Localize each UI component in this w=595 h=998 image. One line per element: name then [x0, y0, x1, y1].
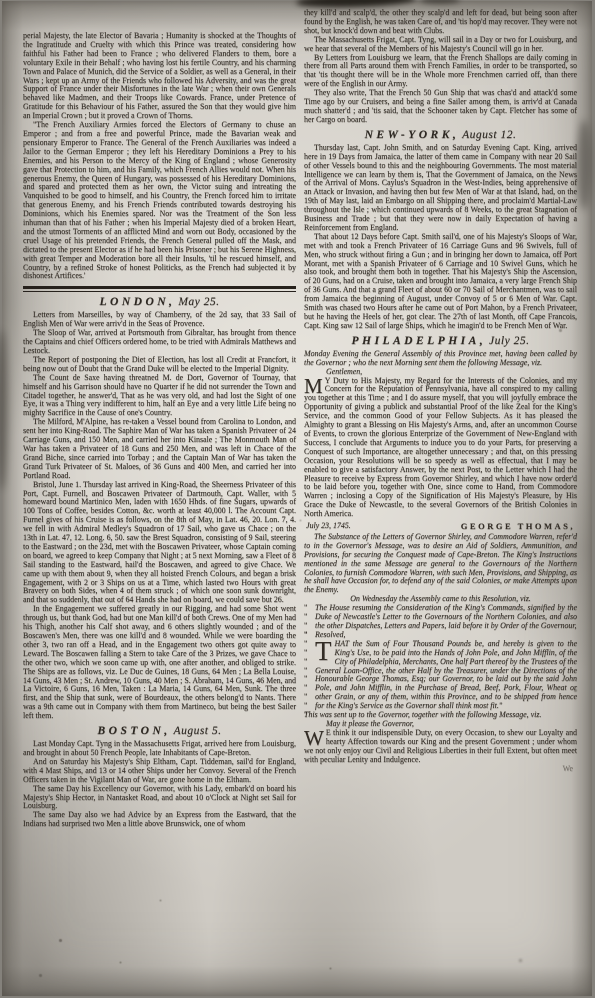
body-paragraph: The Report of postponing the Diet of Ele… — [23, 356, 296, 374]
body-paragraph: The Count de Saxe having threatned M. de… — [23, 374, 296, 419]
resolution-text: THAT the Sum of Four Thousand Pounds be,… — [304, 640, 577, 711]
section-heading-london: LONDON, May 25. — [23, 296, 296, 309]
body-paragraph: Thursday last, Capt. John Smith, and on … — [304, 144, 577, 233]
section-date: May 25. — [178, 296, 219, 308]
governor-signature: GEORGE THOMAS, — [461, 522, 575, 531]
section-city: NEW-YORK, — [365, 129, 460, 141]
body-paragraph: And on Saturday his Majesty's Ship Eltha… — [23, 758, 296, 785]
right-column: they kill'd and scalp'd, the other they … — [304, 9, 577, 773]
body-paragraph: Bristol, June 1. Thursday last arrived i… — [23, 481, 296, 606]
body-paragraph: Last Monday Capt. Tyng in the Massachuse… — [23, 740, 296, 758]
catchword: We — [304, 765, 577, 774]
body-paragraph: The Milford, M'Alpine, has re-taken a Ve… — [23, 418, 296, 480]
section-heading-boston: BOSTON, August 5. — [23, 725, 296, 738]
section-divider-rule — [23, 286, 296, 292]
assembly-intro: Monday Evening the General Assembly of t… — [304, 350, 577, 368]
body-paragraph: By Letters from Louisburg we learn, that… — [304, 54, 577, 90]
section-heading-newyork: NEW-YORK, August 12. — [304, 129, 577, 142]
house-resuming-paragraph: The House resuming the Consideration of … — [304, 604, 577, 631]
body-paragraph: They also write, That the French 50 Gun … — [304, 89, 577, 125]
assembly-reply: WE think it our indispensible Duty, on e… — [304, 729, 577, 765]
section-date: August 5. — [174, 725, 222, 737]
section-date: July 25. — [489, 335, 529, 347]
section-city: PHILADELPHIA, — [352, 335, 487, 347]
body-paragraph: The Massachusetts Frigat, Capt. Tyng, wi… — [304, 36, 577, 54]
body-paragraph: perial Majesty, the late Elector of Bava… — [23, 32, 296, 121]
section-city: BOSTON, — [97, 725, 170, 737]
body-paragraph: That about 12 Days before Capt. Smith sa… — [304, 233, 577, 331]
body-paragraph: "The French Auxiliary Armies forced the … — [23, 121, 296, 281]
body-paragraph: The Sloop of War, arrived at Portsmouth … — [23, 329, 296, 356]
governor-message: MY Duty to His Majesty, my Regard for th… — [304, 377, 577, 520]
ink-smudge — [577, 120, 591, 210]
body-paragraph: The same Day his Excellency our Governor… — [23, 785, 296, 812]
section-date: August 12. — [462, 129, 516, 141]
body-paragraph: In the Engagement we suffered greatly in… — [23, 605, 296, 721]
paper-specks — [0, 0, 1, 1]
substance-paragraph: The Substance of the Letters of Governor… — [304, 533, 577, 595]
body-paragraph: they kill'd and scalp'd, the other they … — [304, 9, 577, 36]
left-column: perial Majesty, the late Elector of Bava… — [23, 32, 296, 829]
body-paragraph: The same Day also we had Advice by an Ex… — [23, 811, 296, 829]
section-heading-philadelphia: PHILADELPHIA, July 25. — [304, 335, 577, 348]
signature-row: July 23, 1745. GEORGE THOMAS, — [306, 522, 575, 531]
section-city: LONDON, — [100, 296, 176, 308]
body-paragraph: Letters from Marseilles, by way of Chamb… — [23, 311, 296, 329]
message-date: July 23, 1745. — [306, 522, 351, 531]
newspaper-scan: perial Majesty, the late Elector of Bava… — [0, 0, 595, 998]
